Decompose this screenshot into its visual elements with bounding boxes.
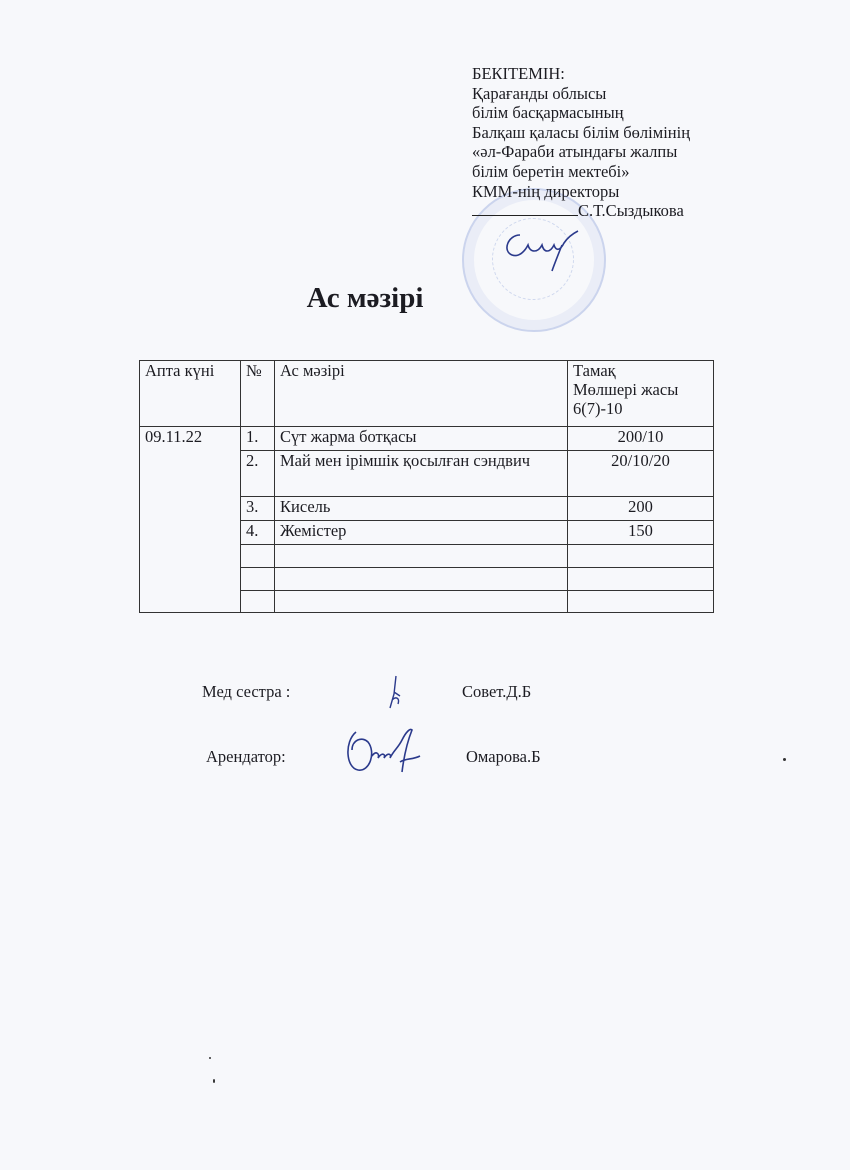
header-quantity-line: Мөлшері жасы (573, 380, 708, 399)
table-row: 09.11.22 1. Сүт жарма ботқасы 200/10 (140, 427, 714, 451)
row-dish: Сүт жарма ботқасы (275, 427, 568, 451)
row-quantity (568, 591, 714, 613)
row-quantity: 200 (568, 497, 714, 521)
tenant-label: Арендатор: (206, 747, 286, 767)
row-dish: Жемістер (275, 521, 568, 545)
approval-line: білім басқармасының (472, 103, 690, 123)
header-quantity-line: Тамақ (573, 361, 708, 380)
header-day: Апта күні (140, 361, 241, 427)
row-number: 4. (241, 521, 275, 545)
document-title: Ас мәзірі (0, 282, 730, 315)
menu-table: Апта күні № Ас мәзірі Тамақ Мөлшері жасы… (139, 360, 714, 613)
nurse-label: Мед сестра : (202, 682, 290, 702)
signature-underline (472, 203, 578, 216)
approval-line: Балқаш қаласы білім бөлімінің (472, 123, 690, 143)
director-signature-icon (498, 225, 583, 273)
row-dish (275, 545, 568, 568)
row-number (241, 545, 275, 568)
table-header-row: Апта күні № Ас мәзірі Тамақ Мөлшері жасы… (140, 361, 714, 427)
header-quantity: Тамақ Мөлшері жасы 6(7)-10 (568, 361, 714, 427)
row-quantity: 20/10/20 (568, 451, 714, 497)
header-quantity-line: 6(7)-10 (573, 399, 708, 418)
nurse-name: Совет.Д.Б (462, 682, 531, 702)
tenant-signature-icon (342, 722, 432, 778)
director-name: С.Т.Сыздыкова (578, 201, 684, 220)
scan-speck (783, 758, 786, 761)
approval-line: Қарағанды облысы (472, 84, 690, 104)
row-number: 2. (241, 451, 275, 497)
nurse-signature-icon (384, 674, 408, 714)
header-dish: Ас мәзірі (275, 361, 568, 427)
row-quantity: 150 (568, 521, 714, 545)
row-number: 1. (241, 427, 275, 451)
row-number (241, 568, 275, 591)
row-dish (275, 591, 568, 613)
approval-heading: БЕКІТЕМІН: (472, 64, 690, 84)
row-quantity (568, 568, 714, 591)
tenant-name: Омарова.Б (466, 747, 541, 767)
scan-speck (213, 1079, 215, 1083)
approval-line: «әл-Фараби атындағы жалпы (472, 142, 690, 162)
row-dish (275, 568, 568, 591)
row-dish: Май мен ірімшік қосылған сэндвич (275, 451, 568, 497)
approval-block: БЕКІТЕМІН: Қарағанды облысы білім басқар… (472, 64, 690, 221)
row-dish: Кисель (275, 497, 568, 521)
approval-line: білім беретін мектебі» (472, 162, 690, 182)
header-number: № (241, 361, 275, 427)
row-number: 3. (241, 497, 275, 521)
approval-line: КММ-нің директоры (472, 182, 690, 202)
row-number (241, 591, 275, 613)
row-quantity: 200/10 (568, 427, 714, 451)
director-signature-line: С.Т.Сыздыкова (472, 201, 690, 221)
scan-speck (209, 1057, 211, 1059)
row-quantity (568, 545, 714, 568)
date-cell: 09.11.22 (140, 427, 241, 613)
